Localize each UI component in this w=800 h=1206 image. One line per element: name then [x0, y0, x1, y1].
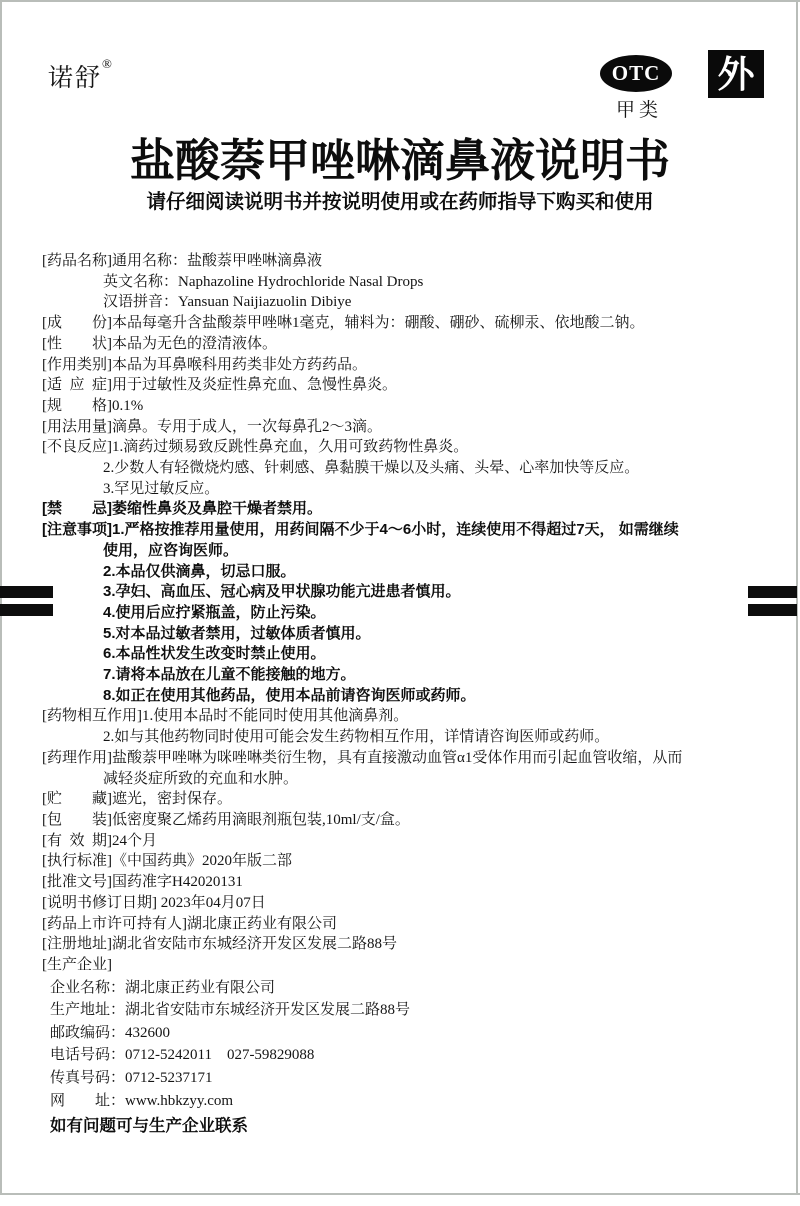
entry-storage: [贮 藏]遮光，密封保存。 — [42, 789, 762, 810]
entries-section: [药品名称]通用名称：盐酸萘甲唑啉滴鼻液英文名称：Naphazoline Hyd… — [42, 251, 762, 976]
registration-mark-right-1 — [748, 586, 797, 598]
entry-license-holder: [药品上市许可持有人]湖北康正药业有限公司 — [42, 914, 762, 935]
leaflet-body: [药品名称]通用名称：盐酸萘甲唑啉滴鼻液英文名称：Naphazoline Hyd… — [42, 251, 762, 1137]
entry-line: 使用，应咨询医师。 — [103, 542, 238, 559]
entry-label: [注意事项] — [42, 521, 112, 538]
page-subtitle: 请仔细阅读说明书并按说明使用或在药师指导下购买和使用 — [0, 186, 800, 214]
entry-line: 2.如与其他药物同时使用可能会发生药物相互作用，详情请咨询医师或药师。 — [103, 729, 609, 745]
entry-line: 4.使用后应拧紧瓶盖，防止污染。 — [103, 604, 326, 621]
entry-line: 1.严格按推荐用量使用，用药间隔不少于4～6小时，连续使用不得超过7天， 如需继… — [112, 521, 679, 538]
external-use-badge: 外 — [708, 50, 764, 98]
entry-label: [药物相互作用] — [42, 708, 142, 724]
entry-character: [性 状]本品为无色的澄清液体。 — [42, 334, 762, 355]
entry-label: [成 份] — [42, 315, 112, 331]
company-info-line: 邮政编码：432600 — [50, 1022, 762, 1045]
entry-line: 通用名称：盐酸萘甲唑啉滴鼻液 — [112, 253, 322, 269]
entry-pharmacology: [药理作用]盐酸萘甲唑啉为咪唑啉类衍生物，具有直接激动血管α1受体作用而引起血管… — [42, 748, 762, 789]
entry-label: [执行标准] — [42, 853, 112, 869]
entry-label: [禁 忌] — [42, 500, 112, 517]
company-info-line: 网 址：www.hbkzyy.com — [50, 1090, 762, 1113]
footer-note: 如有问题可与生产企业联系 — [50, 1116, 762, 1137]
entry-approval-number: [批准文号]国药准字H42020131 — [42, 872, 762, 893]
entry-line: 3.罕见过敏反应。 — [103, 481, 219, 497]
company-info-line: 企业名称：湖北康正药业有限公司 — [50, 977, 762, 1000]
entry-dosage: [用法用量]滴鼻。专用于成人，一次每鼻孔2～3滴。 — [42, 417, 762, 438]
entry-manufacturer: [生产企业] — [42, 955, 762, 976]
entry-label: [性 状] — [42, 336, 112, 352]
entry-line: 汉语拼音：Yansuan Naijiazuolin Dibiye — [103, 294, 351, 310]
entry-line: 8.如正在使用其他药品，使用本品前请咨询医师或药师。 — [103, 687, 476, 704]
otc-oval-badge: OTC — [600, 55, 672, 92]
entry-line: 2.少数人有轻微烧灼感、针刺感、鼻黏膜干燥以及头痛、头晕、心率加快等反应。 — [103, 460, 639, 476]
entry-line: 萎缩性鼻炎及鼻腔干燥者禁用。 — [112, 500, 322, 517]
entry-line: 24个月 — [112, 833, 157, 849]
entry-line: 3.孕妇、高血压、冠心病及甲状腺功能亢进患者慎用。 — [103, 583, 461, 600]
entry-line: 湖北省安陆市东城经济开发区发展二路88号 — [112, 936, 397, 952]
otc-mark: OTC 甲类 — [600, 55, 674, 122]
entry-line: 1.滴药过频易致反跳性鼻充血，久用可致药物性鼻炎。 — [112, 439, 468, 455]
entry-validity: [有 效 期]24个月 — [42, 831, 762, 852]
registered-trademark-icon: ® — [102, 56, 112, 71]
entry-line: 滴鼻。专用于成人，一次每鼻孔2～3滴。 — [112, 419, 382, 435]
brand-name: 诺舒 — [48, 65, 102, 92]
entry-line: 1.使用本品时不能同时使用其他滴鼻剂。 — [142, 708, 408, 724]
entry-action-class: [作用类别]本品为耳鼻喉科用药类非处方药药品。 — [42, 355, 762, 376]
entry-line: 湖北康正药业有限公司 — [187, 916, 337, 932]
entry-drug-interactions: [药物相互作用]1.使用本品时不能同时使用其他滴鼻剂。2.如与其他药物同时使用可… — [42, 706, 762, 747]
entry-line: 7.请将本品放在儿童不能接触的地方。 — [103, 666, 356, 683]
entry-line: 本品每毫升含盐酸萘甲唑啉1毫克，辅料为：硼酸、硼砂、硫柳汞、依地酸二钠。 — [112, 315, 645, 331]
entry-label: [适 应 症] — [42, 377, 112, 393]
entry-precautions: [注意事项]1.严格按推荐用量使用，用药间隔不少于4～6小时，连续使用不得超过7… — [42, 520, 762, 706]
registration-mark-right-2 — [748, 604, 797, 616]
entry-contraindications: [禁 忌]萎缩性鼻炎及鼻腔干燥者禁用。 — [42, 499, 762, 520]
company-info-section: 企业名称：湖北康正药业有限公司生产地址：湖北省安陆市东城经济开发区发展二路88号… — [50, 977, 762, 1113]
entry-label: [药理作用] — [42, 750, 112, 766]
entry-label: [用法用量] — [42, 419, 112, 435]
entry-line: 《中国药典》2020年版二部 — [112, 853, 292, 869]
entry-label: [注册地址] — [42, 936, 112, 952]
company-info-line: 生产地址：湖北省安陆市东城经济开发区发展二路88号 — [50, 999, 762, 1022]
registration-mark-left-2 — [0, 604, 53, 616]
entry-revision-date: [说明书修订日期] 2023年04月07日 — [42, 893, 762, 914]
page-title: 盐酸萘甲唑啉滴鼻液说明书 — [0, 124, 800, 189]
entry-line: 减轻炎症所致的充血和水肿。 — [103, 771, 298, 787]
page-edge-top — [0, 0, 800, 2]
leaflet-page: 诺舒® OTC 甲类 外 盐酸萘甲唑啉滴鼻液说明书 请仔细阅读说明书并按说明使用… — [0, 0, 800, 1206]
entry-label: [药品上市许可持有人] — [42, 916, 187, 932]
entry-adverse-reactions: [不良反应]1.滴药过频易致反跳性鼻充血，久用可致药物性鼻炎。2.少数人有轻微烧… — [42, 437, 762, 499]
entry-line: 5.对本品过敏者禁用，过敏体质者慎用。 — [103, 625, 371, 642]
entry-label: [规 格] — [42, 398, 112, 414]
entry-label: [不良反应] — [42, 439, 112, 455]
otc-class-label: 甲类 — [600, 95, 674, 122]
page-edge-bottom — [0, 1193, 800, 1195]
entry-line: 英文名称：Naphazoline Hydrochloride Nasal Dro… — [103, 274, 423, 290]
entry-ingredients: [成 份]本品每毫升含盐酸萘甲唑啉1毫克，辅料为：硼酸、硼砂、硫柳汞、依地酸二钠… — [42, 313, 762, 334]
entry-label: [批准文号] — [42, 874, 112, 890]
entry-label: [包 装] — [42, 812, 112, 828]
entry-label: [药品名称] — [42, 253, 112, 269]
entry-line: 国药准字H42020131 — [112, 874, 243, 890]
entry-specification: [规 格]0.1% — [42, 396, 762, 417]
entry-line: 本品为耳鼻喉科用药类非处方药药品。 — [112, 357, 367, 373]
entry-line: 用于过敏性及炎症性鼻充血、急慢性鼻炎。 — [112, 377, 397, 393]
entry-line: 2.本品仅供滴鼻，切忌口服。 — [103, 563, 296, 580]
entry-standard: [执行标准]《中国药典》2020年版二部 — [42, 851, 762, 872]
company-info-line: 电话号码：0712-5242011 027-59829088 — [50, 1044, 762, 1067]
entry-indications: [适 应 症]用于过敏性及炎症性鼻充血、急慢性鼻炎。 — [42, 375, 762, 396]
brand-logo: 诺舒® — [48, 56, 112, 94]
entry-label: [有 效 期] — [42, 833, 112, 849]
entry-line: 2023年04月07日 — [157, 895, 266, 911]
entry-label: [生产企业] — [42, 957, 112, 973]
entry-registered-address: [注册地址]湖北省安陆市东城经济开发区发展二路88号 — [42, 934, 762, 955]
registration-mark-left-1 — [0, 586, 53, 598]
entry-label: [说明书修订日期] — [42, 895, 157, 911]
entry-label: [作用类别] — [42, 357, 112, 373]
entry-line: 遮光，密封保存。 — [112, 791, 232, 807]
company-info-line: 传真号码：0712-5237171 — [50, 1067, 762, 1090]
entry-line: 0.1% — [112, 398, 143, 414]
entry-label: [贮 藏] — [42, 791, 112, 807]
entry-line: 低密度聚乙烯药用滴眼剂瓶包装,10ml/支/盒。 — [112, 812, 410, 828]
entry-package: [包 装]低密度聚乙烯药用滴眼剂瓶包装,10ml/支/盒。 — [42, 810, 762, 831]
entry-line: 6.本品性状发生改变时禁止使用。 — [103, 645, 326, 662]
entry-drug-name: [药品名称]通用名称：盐酸萘甲唑啉滴鼻液英文名称：Naphazoline Hyd… — [42, 251, 762, 313]
entry-line: 盐酸萘甲唑啉为咪唑啉类衍生物，具有直接激动血管α1受体作用而引起血管收缩，从而 — [112, 750, 682, 766]
entry-line: 本品为无色的澄清液体。 — [112, 336, 277, 352]
